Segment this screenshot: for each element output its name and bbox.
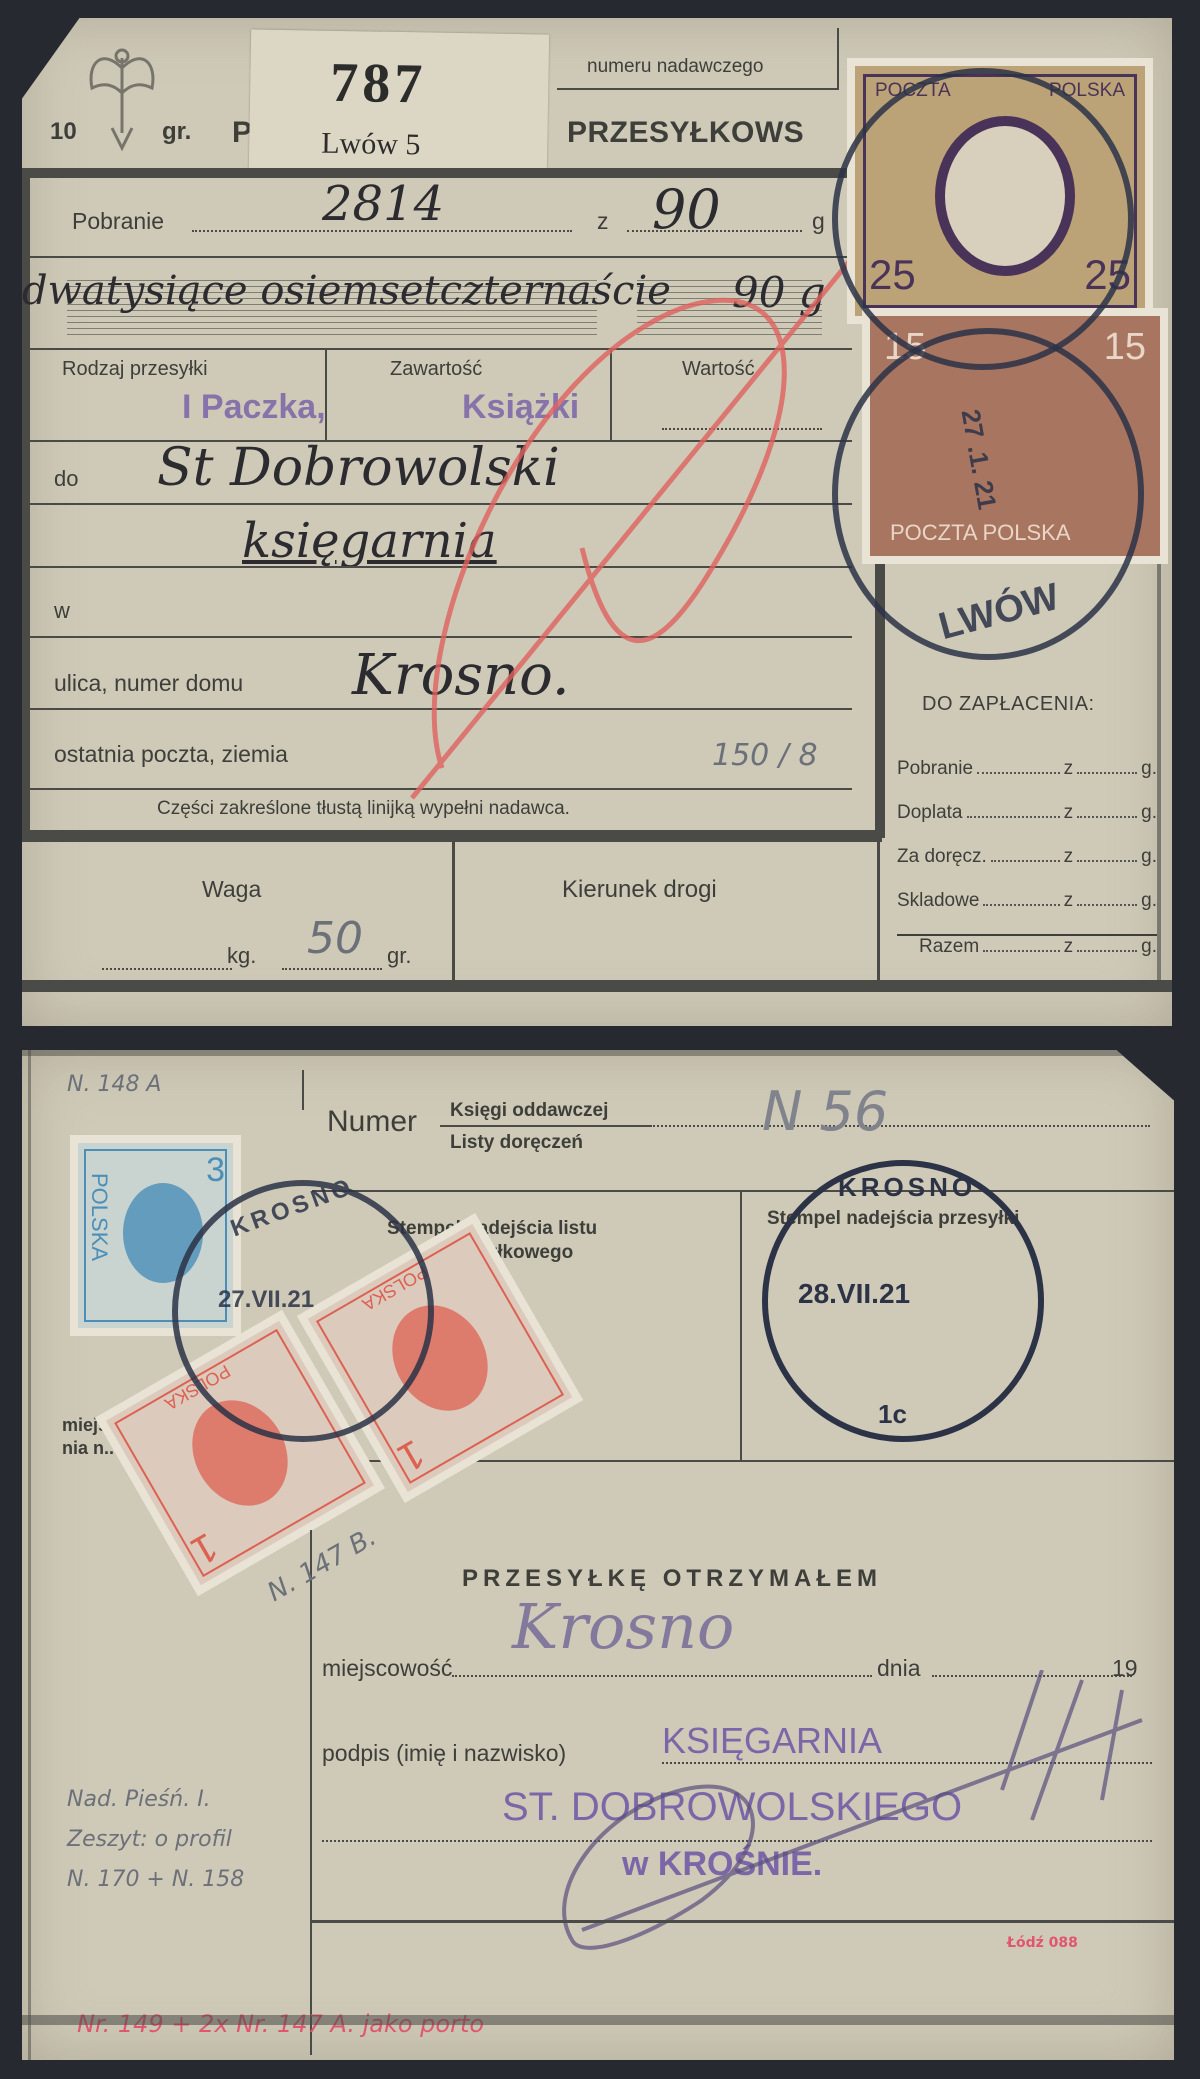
rodzaj-value: I Paczka, bbox=[182, 388, 326, 427]
parcel-address-card-back: N. 148 A Numer Księgi oddawczej Listy do… bbox=[22, 1050, 1174, 2060]
payment-table: Pobraniezg.Doplatazg.Za doręcz.zg.Sklado… bbox=[897, 758, 1157, 980]
nadejscia-label-1: Stempel nadejścia listu bbox=[387, 1218, 597, 1240]
payment-row: Skladowezg. bbox=[897, 890, 1157, 936]
parcel-address-card-front: 10 gr. P PRZESYŁKOWS numeru nadawczego 7… bbox=[22, 18, 1172, 1026]
payment-row: Doplatazg. bbox=[897, 802, 1157, 846]
payment-title: DO ZAPŁACENIA: bbox=[922, 693, 1095, 716]
payment-row-label: Razem bbox=[919, 936, 979, 958]
price-suffix: gr. bbox=[162, 118, 191, 146]
payment-row-g: g. bbox=[1141, 890, 1157, 912]
payment-row-g: g. bbox=[1141, 802, 1157, 824]
payment-row-z: z bbox=[1064, 802, 1074, 824]
waga-gr-value: 50 bbox=[307, 913, 363, 964]
payment-row-g: g. bbox=[1141, 936, 1157, 958]
payment-row-z: z bbox=[1064, 758, 1074, 780]
postmark-code: 1c bbox=[878, 1399, 907, 1430]
pencil-numer: N 56 bbox=[762, 1080, 888, 1143]
stamp-text-polska: POLSKA bbox=[86, 1173, 112, 1261]
postmark-lwow-lower: LWÓW 27 .1. 21 bbox=[832, 328, 1144, 660]
pobranie-label: Pobranie bbox=[72, 208, 164, 235]
pencil-note-line: Nad. Pieśń. I. bbox=[67, 1780, 244, 1820]
red-pencil-cross-mark bbox=[382, 248, 862, 808]
postmark-krosno-origin: KROSNO 27.VII.21 bbox=[172, 1180, 434, 1442]
pobranie-grosz: 90 bbox=[652, 178, 721, 241]
postmark-date: 28.VII.21 bbox=[798, 1278, 910, 1310]
ostatnia-label: ostatnia poczta, ziemia bbox=[54, 741, 288, 768]
miejscowosc-value: Krosno bbox=[512, 1590, 734, 1663]
ulica-label: ulica, numer domu bbox=[54, 670, 243, 697]
postmark-date: 27 .1. 21 bbox=[955, 407, 1003, 512]
miejscowosc-partial-2: nia n.. bbox=[62, 1438, 114, 1459]
gr-label: gr. bbox=[387, 943, 411, 969]
pencil-note-line: N. 170 + N. 158 bbox=[67, 1860, 244, 1900]
form-title-partial-right: PRZESYŁKOWS bbox=[567, 116, 804, 150]
rodzaj-label: Rodzaj przesyłki bbox=[62, 358, 208, 381]
payment-row-z: z bbox=[1064, 936, 1074, 958]
payment-row-label: Doplata bbox=[897, 802, 963, 824]
sender-number-caption: numeru nadawczego bbox=[587, 56, 763, 78]
stamp-value: 3 bbox=[206, 1151, 225, 1190]
sender-number-box: numeru nadawczego bbox=[557, 28, 839, 90]
pink-corner-stamp: Łódź 088 bbox=[1007, 1935, 1078, 1951]
postmark-krosno-arrival: KROSNO 28.VII.21 1c bbox=[762, 1160, 1044, 1442]
w-label: w bbox=[54, 598, 70, 624]
kierunek-label: Kierunek drogi bbox=[562, 876, 717, 904]
sender-label-number: 787 bbox=[330, 51, 427, 117]
payment-row-g: g. bbox=[1141, 758, 1157, 780]
stamp-value-right: 15 bbox=[1104, 326, 1146, 369]
payment-row: Razemzg. bbox=[897, 936, 1157, 980]
payment-row-g: g. bbox=[1141, 846, 1157, 868]
pencil-ref-top: N. 148 A bbox=[67, 1072, 161, 1097]
received-title: PRZESYŁKĘ OTRZYMAŁEM bbox=[462, 1565, 882, 1593]
signature-scribble bbox=[542, 1670, 1162, 1970]
z-label: z bbox=[597, 208, 609, 235]
payment-row-label: Za doręcz. bbox=[897, 846, 987, 868]
podpis-label: podpis (imię i nazwisko) bbox=[322, 1740, 566, 1767]
pobranie-amount: 2814 bbox=[322, 176, 444, 232]
kg-label: kg. bbox=[227, 943, 256, 969]
g-label: g bbox=[812, 208, 825, 235]
payment-row-z: z bbox=[1064, 846, 1074, 868]
postmark-text: KROSNO bbox=[838, 1172, 976, 1203]
numer-label: Numer bbox=[327, 1105, 417, 1139]
sender-label-office: Lwów 5 bbox=[321, 127, 421, 163]
waga-label: Waga bbox=[202, 876, 261, 903]
payment-row: Za doręcz.zg. bbox=[897, 846, 1157, 890]
miejscowosc-label: miejscowość bbox=[322, 1655, 452, 1682]
postmark-text: LWÓW bbox=[935, 576, 1064, 649]
payment-row-z: z bbox=[1064, 890, 1074, 912]
sender-label-slip: 787 Lwów 5 bbox=[249, 29, 549, 174]
payment-row-label: Skladowe bbox=[897, 890, 979, 912]
price-prefix: 10 bbox=[50, 118, 77, 146]
payment-row: Pobraniezg. bbox=[897, 758, 1157, 802]
pencil-note-line: Zeszyt: o profil bbox=[67, 1820, 244, 1860]
postmark-text: KROSNO bbox=[227, 1173, 358, 1244]
do-label: do bbox=[54, 466, 78, 492]
eagle-emblem-icon bbox=[82, 38, 162, 158]
postmark-lwow-upper bbox=[832, 68, 1134, 370]
payment-row-label: Pobranie bbox=[897, 758, 973, 780]
numer-line2: Listy doręczeń bbox=[450, 1132, 583, 1154]
pencil-notes: Nad. Pieśń. I.Zeszyt: o profilN. 170 + N… bbox=[67, 1780, 244, 1900]
postmark-date: 27.VII.21 bbox=[218, 1286, 314, 1314]
numer-line1: Księgi oddawczej bbox=[450, 1100, 608, 1122]
